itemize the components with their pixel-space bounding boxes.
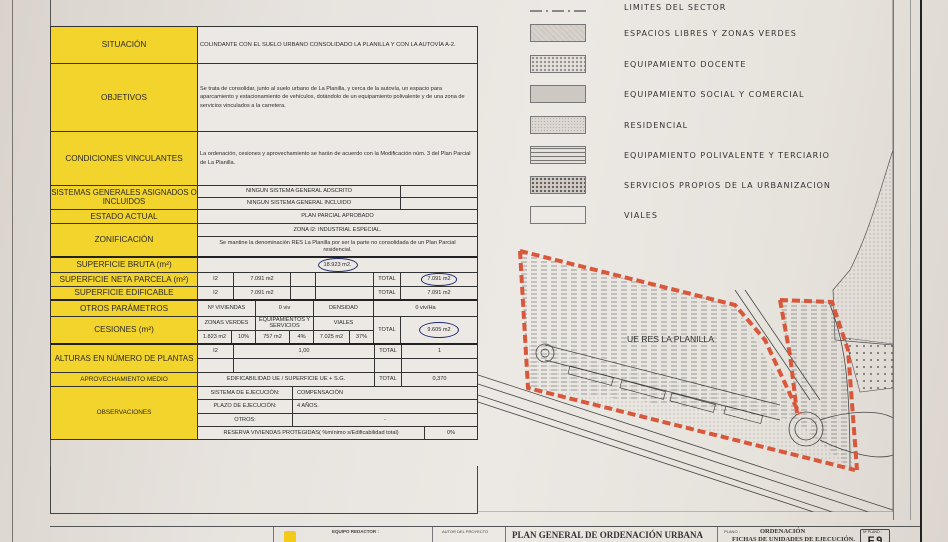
services-swatch-icon xyxy=(530,176,586,194)
label-objetivos: OBJETIVOS xyxy=(51,64,198,131)
value-superficie-bruta: 18.923 m2. xyxy=(318,258,358,272)
equipo-redactor-label: EQUIPO REDACTOR : xyxy=(332,529,379,534)
legend-item: EQUIPAMIENTO SOCIAL Y COMERCIAL xyxy=(530,85,804,103)
plano-number-box: Nº PLANO : F.9 xyxy=(860,529,890,542)
reserva-viviendas-label: RESERVA VIVIENDAS PROTEGIDAS( %mínimo s/… xyxy=(198,427,425,439)
label-superficie-neta: SUPERFICIE NETA PARCELA (m²) xyxy=(51,273,198,286)
label-otros-parametros: OTROS PARÁMETROS xyxy=(51,301,198,316)
label-situacion: SITUACIÓN xyxy=(51,27,198,63)
value-plazo-ejecucion: 4 AÑOS. xyxy=(293,400,477,412)
pct-viales: 37% xyxy=(350,331,373,344)
row-superficie-edificable: SUPERFICIE EDIFICABLE I2 7.091 m2 TOTAL … xyxy=(51,287,477,301)
sector-map-label: UE RES LA PLANILLA xyxy=(627,334,714,344)
autor-proyecto-label: AUTOR DEL PROYECTO xyxy=(442,529,488,534)
plano-subtitle: FICHAS DE UNIDADES DE EJECUCIÓN. xyxy=(732,536,855,542)
value-situacion: COLINDANTE CON EL SUELO URBANO CONSOLIDA… xyxy=(198,27,477,63)
label-estado-actual: ESTADO ACTUAL xyxy=(51,210,198,223)
pct-equipamientos: 4% xyxy=(290,331,314,344)
label-superficie-bruta: SUPERFICIE BRUTA (m²) xyxy=(51,258,198,272)
row-sistemas-generales: SISTEMAS GENERALES ASIGNADOS O INCLUIDOS… xyxy=(51,186,477,210)
total-label: TOTAL xyxy=(375,373,402,386)
row-estado-actual: ESTADO ACTUAL PLAN PARCIAL APROBADO xyxy=(51,210,477,224)
multipurpose-swatch-icon xyxy=(530,146,586,164)
row-alturas: ALTURAS EN NÚMERO DE PLANTAS I2 1,00 TOT… xyxy=(51,345,477,373)
plano-number: F.9 xyxy=(868,535,883,542)
limits-swatch-icon xyxy=(530,10,586,12)
site-plan-map xyxy=(478,0,948,512)
viales-label: VIALES xyxy=(314,317,373,330)
zonas-verdes-label: ZONAS VERDES xyxy=(198,317,256,330)
legend-item: SERVICIOS PROPIOS DE LA URBANIZACION xyxy=(530,176,831,194)
logo-icon xyxy=(284,531,296,542)
plano-title: ORDENACIÓN xyxy=(760,528,805,535)
row-aprovechamiento: APROVECHAMIENTO MEDIO EDIFICABILIDAD UE … xyxy=(51,373,477,387)
frame-border xyxy=(920,0,922,542)
zona-code: I2 xyxy=(198,287,234,299)
viviendas-label: Nº VIVIENDAS xyxy=(198,301,256,316)
value-zona: ZONA I2: INDUSTRIAL ESPECIAL. xyxy=(198,224,477,236)
zona-code: I2 xyxy=(198,345,234,358)
label-cesiones: CESIONES (m²) xyxy=(51,317,198,343)
value-zonificacion-nota: Se mantine la denominación RES La Planil… xyxy=(198,237,477,256)
total-superficie-neta: 7.091 m2 xyxy=(421,273,456,285)
value-sistema-ejecucion: COMPENSACIÓN xyxy=(293,387,477,399)
value-estado-actual: PLAN PARCIAL APROBADO xyxy=(198,210,477,223)
equipamientos-label: EQUIPAMIENTOS Y SERVICIOS xyxy=(256,317,314,330)
label-alturas: ALTURAS EN NÚMERO DE PLANTAS xyxy=(51,345,198,372)
formula-aprovechamiento: EDIFICABILIDAD UE / SUPERFICIE UE + S.G. xyxy=(198,373,375,386)
value-sistema-incluido: NINGUN SISTEMA GENERAL INCLUIDO xyxy=(198,198,401,209)
social-commercial-swatch-icon xyxy=(530,85,586,103)
row-observaciones: OBSERVACIONES SISTEMA DE EJECUCIÓN: COMP… xyxy=(51,387,477,439)
value-viviendas: 0 viv xyxy=(256,301,314,316)
total-label: TOTAL xyxy=(374,287,401,299)
plazo-ejecucion-label: PLAZO DE EJECUCIÓN: xyxy=(198,400,293,412)
row-superficie-neta: SUPERFICIE NETA PARCELA (m²) I2 7.091 m2… xyxy=(51,273,477,287)
legend-item: ESPACIOS LIBRES Y ZONAS VERDES xyxy=(530,24,797,42)
label-superficie-edificable: SUPERFICIE EDIFICABLE xyxy=(51,287,198,299)
plano-label: PLANO : xyxy=(724,529,740,534)
espacios-libres-area xyxy=(833,150,893,345)
value-densidad: 0 viv/Ha xyxy=(374,301,477,316)
value-reserva-viviendas: 0% xyxy=(425,427,477,439)
row-situacion: SITUACIÓN COLINDANTE CON EL SUELO URBANO… xyxy=(51,27,477,64)
row-superficie-bruta: SUPERFICIE BRUTA (m²) 18.923 m2. xyxy=(51,258,477,273)
label-sistemas-generales: SISTEMAS GENERALES ASIGNADOS O INCLUIDOS xyxy=(51,186,198,209)
page-margin-line xyxy=(12,0,13,542)
value-superficie-edificable: 7.091 m2 xyxy=(234,287,291,299)
row-condiciones: CONDICIONES VINCULANTES La ordenación, c… xyxy=(51,132,477,186)
value-sistema-adscrito: NINGUN SISTEMA GENERAL ADSCRITO xyxy=(198,186,401,197)
total-superficie-edificable: 7.091 m2 xyxy=(401,287,477,299)
plan-title: PLAN GENERAL DE ORDENACIÓN URBANA xyxy=(512,530,703,540)
total-label: TOTAL xyxy=(374,273,401,286)
row-zonificacion: ZONIFICACIÓN ZONA I2: INDUSTRIAL ESPECIA… xyxy=(51,224,477,258)
legend-item: RESIDENCIAL xyxy=(530,116,688,134)
sistema-ejecucion-label: SISTEMA DE EJECUCIÓN: xyxy=(198,387,293,399)
frame-line xyxy=(910,0,911,520)
densidad-label: DENSIDAD xyxy=(314,301,374,316)
row-objetivos: OBJETIVOS Se trata de consolidar, junto … xyxy=(51,64,477,132)
total-aprovechamiento: 0,370 xyxy=(402,373,477,386)
value-condiciones-vinculantes: La ordenación, cesiones y aprovechamient… xyxy=(198,132,477,185)
legend-item: EQUIPAMIENTO POLIVALENTE Y TERCIARIO xyxy=(530,146,830,164)
blank-notes-area xyxy=(50,466,478,514)
residential-swatch-icon xyxy=(530,116,586,134)
label-zonificacion: ZONIFICACIÓN xyxy=(51,224,198,256)
value-superficie-neta: 7.091 m2 xyxy=(234,273,291,286)
total-alturas: 1 xyxy=(402,345,477,358)
row-cesiones: CESIONES (m²) ZONAS VERDES EQUIPAMIENTOS… xyxy=(51,317,477,345)
unit-data-sheet: SITUACIÓN COLINDANTE CON EL SUELO URBANO… xyxy=(50,26,478,440)
zona-code: I2 xyxy=(198,273,234,286)
value-equipamientos: 757 m2 xyxy=(256,331,290,344)
pct-zonas-verdes: 10% xyxy=(232,331,256,344)
value-alturas: 1,00 xyxy=(234,345,375,358)
label-condiciones-vinculantes: CONDICIONES VINCULANTES xyxy=(51,132,198,185)
frame-line xyxy=(893,0,894,520)
legend-item: VIALES xyxy=(530,206,658,224)
value-viales: 7.025 m2 xyxy=(314,331,350,344)
label-aprovechamiento: APROVECHAMIENTO MEDIO xyxy=(51,373,198,386)
value-objetivos: Se trata de consolidar, junto al suelo u… xyxy=(198,64,477,131)
otros-label: OTROS: xyxy=(198,414,293,426)
legend-item: EQUIPAMIENTO DOCENTE xyxy=(530,55,746,73)
value-otros: - xyxy=(293,414,477,426)
total-label: TOTAL xyxy=(374,317,401,343)
total-cesiones: 9.605 m2 xyxy=(419,322,458,338)
roads-swatch-icon xyxy=(530,206,586,224)
row-otros-parametros: OTROS PARÁMETROS Nº VIVIENDAS 0 viv DENS… xyxy=(51,301,477,317)
label-observaciones: OBSERVACIONES xyxy=(51,387,198,439)
education-swatch-icon xyxy=(530,55,586,73)
total-label: TOTAL xyxy=(375,345,402,358)
title-block: EQUIPO REDACTOR : AUTOR DEL PROYECTO PLA… xyxy=(50,526,920,542)
value-zonas-verdes: 1.823 m2 xyxy=(198,331,232,344)
green-spaces-swatch-icon xyxy=(530,24,586,42)
legend-item: LIMITES DEL SECTOR xyxy=(530,2,726,12)
